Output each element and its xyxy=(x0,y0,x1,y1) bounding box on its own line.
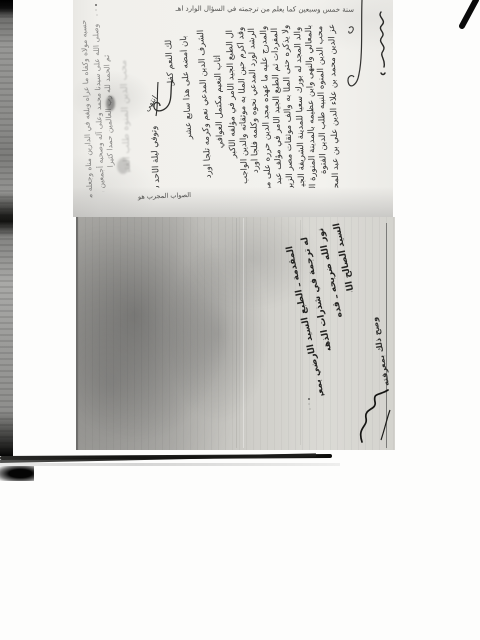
top-corner-stroke xyxy=(454,0,480,30)
page-shadow xyxy=(0,463,340,466)
ink-dots-mark xyxy=(308,398,310,400)
header-annotation: سنة خمس وسبعين كما يعلم من ترجمته في الس… xyxy=(114,4,354,14)
crease-line xyxy=(243,218,244,448)
corner-ink-blob xyxy=(0,466,34,481)
binding-strip xyxy=(0,0,13,456)
crease-line xyxy=(236,218,237,448)
ink-dots-mark xyxy=(95,4,97,6)
crease-line xyxy=(300,220,301,445)
margin-signature-squiggle xyxy=(366,10,390,76)
scanned-manuscript: سنة خمس وسبعين كما يعلم من ترجمته في الس… xyxy=(0,0,480,640)
bottom-scrawl-loops xyxy=(360,388,392,446)
ink-smudge xyxy=(117,158,129,174)
ink-smudge xyxy=(106,96,115,111)
